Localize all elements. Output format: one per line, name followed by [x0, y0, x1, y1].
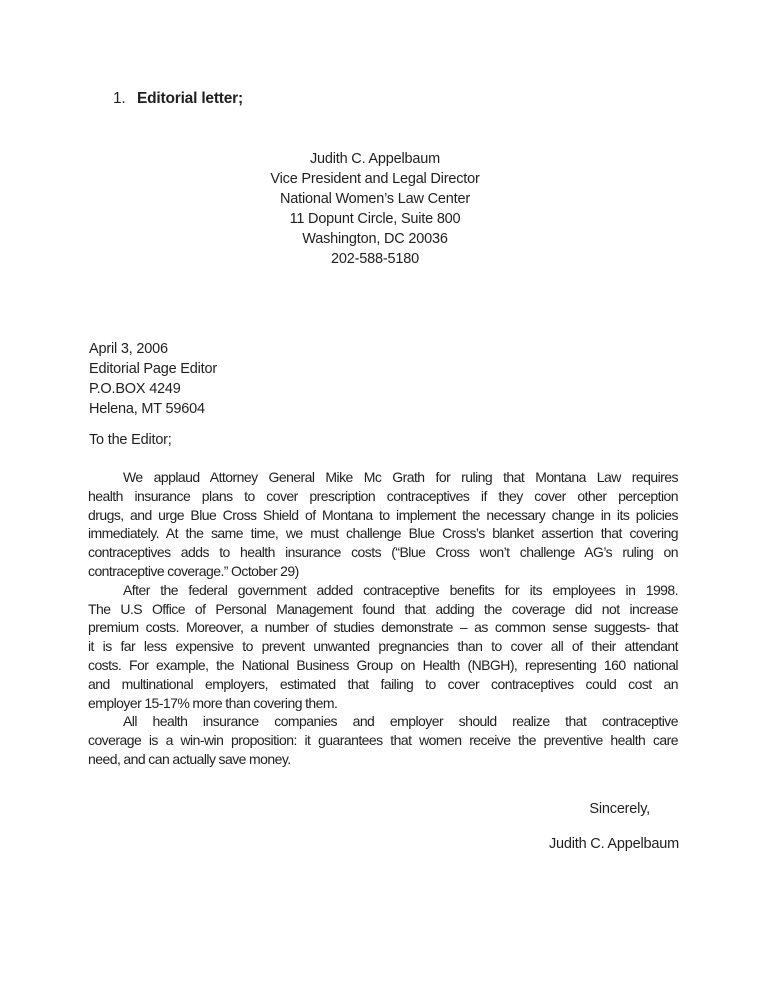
- body-line: All health insurance companies and emplo…: [88, 712, 678, 731]
- body-paragraph: All health insurance companies and emplo…: [88, 712, 678, 768]
- letter-page: 1.Editorial letter; Judith C. Appelbaum …: [0, 0, 768, 994]
- heading-title: Editorial letter;: [137, 90, 243, 107]
- letter-body: We applaud Attorney General Mike Mc Grat…: [88, 468, 678, 769]
- salutation: To the Editor;: [89, 432, 172, 448]
- letterhead-block: Judith C. Appelbaum Vice President and L…: [82, 149, 668, 269]
- body-paragraph: After the federal government added contr…: [88, 581, 678, 713]
- body-line: employer 15-17% more than covering them.: [88, 694, 678, 713]
- recipient-city: Helena, MT 59604: [89, 399, 217, 419]
- signature-name: Judith C. Appelbaum: [450, 836, 679, 852]
- letterhead-organization: National Women’s Law Center: [82, 189, 668, 209]
- recipient-pobox: P.O.BOX 4249: [89, 379, 217, 399]
- body-line: and multinational employers, estimated t…: [88, 675, 678, 694]
- body-line: it is far less expensive to prevent unwa…: [88, 637, 678, 656]
- body-paragraph: We applaud Attorney General Mike Mc Grat…: [88, 468, 678, 581]
- body-line: The U.S Office of Personal Management fo…: [88, 600, 678, 619]
- valediction: Sincerely,: [450, 801, 650, 817]
- body-line: costs. For example, the National Busines…: [88, 656, 678, 675]
- list-heading: 1.Editorial letter;: [113, 90, 243, 108]
- letter-date: April 3, 2006: [89, 339, 217, 359]
- body-line: contraceptive coverage.” October 29): [88, 562, 678, 581]
- letterhead-city: Washington, DC 20036: [82, 229, 668, 249]
- letterhead-name: Judith C. Appelbaum: [82, 149, 668, 169]
- list-number: 1.: [113, 90, 137, 108]
- recipient-block: April 3, 2006 Editorial Page Editor P.O.…: [89, 339, 217, 419]
- body-line: We applaud Attorney General Mike Mc Grat…: [88, 468, 678, 487]
- body-line: contraceptives adds to health insurance …: [88, 543, 678, 562]
- body-line: health insurance plans to cover prescrip…: [88, 487, 678, 506]
- letterhead-street: 11 Dopunt Circle, Suite 800: [82, 209, 668, 229]
- letterhead-title: Vice President and Legal Director: [82, 169, 668, 189]
- body-line: need, and can actually save money.: [88, 750, 678, 769]
- letterhead-phone: 202-588-5180: [82, 249, 668, 269]
- body-line: After the federal government added contr…: [88, 581, 678, 600]
- body-line: coverage is a win-win proposition: it gu…: [88, 731, 678, 750]
- body-line: immediately. At the same time, we must c…: [88, 524, 678, 543]
- body-line: drugs, and urge Blue Cross Shield of Mon…: [88, 506, 678, 525]
- body-line: premium costs. Moreover, a number of stu…: [88, 618, 678, 637]
- recipient-title: Editorial Page Editor: [89, 359, 217, 379]
